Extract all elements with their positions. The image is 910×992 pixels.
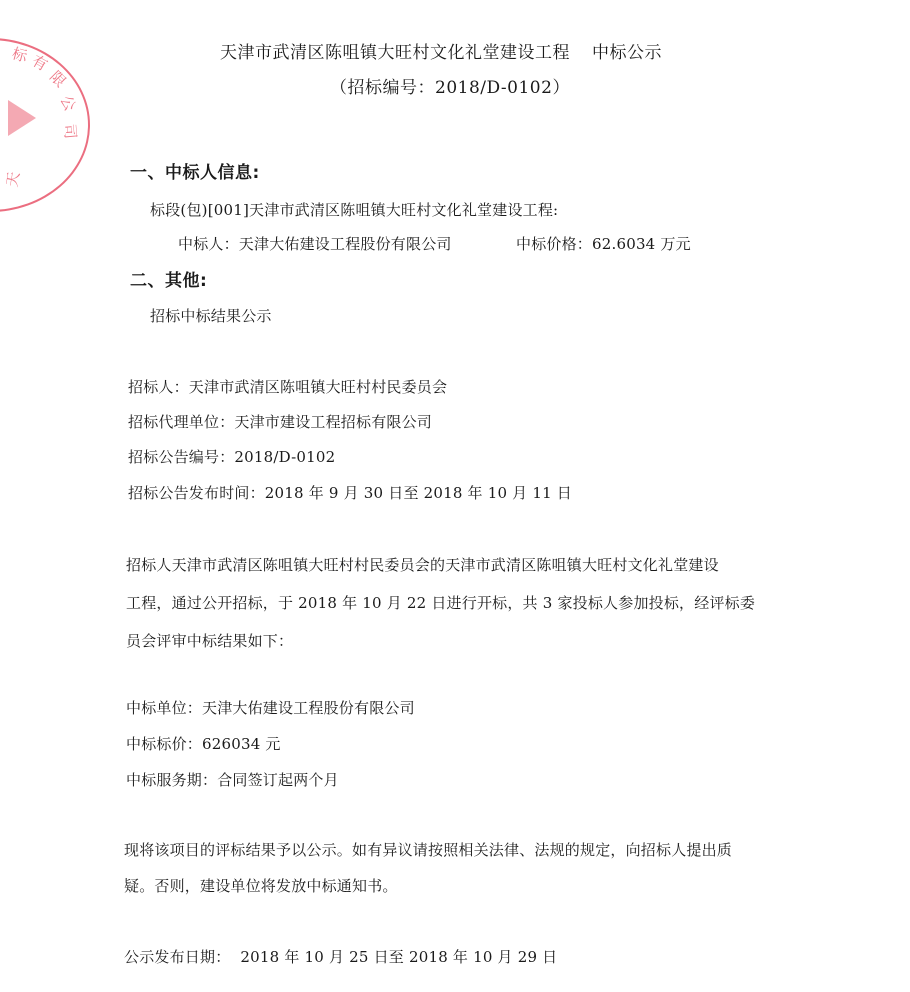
section-subtitle: 招标中标结果公示: [150, 306, 272, 326]
publish-date: 公示发布日期：2018 年 10 月 25 日至 2018 年 10 月 29 …: [124, 947, 557, 967]
service-period: 中标服务期：合同签订起两个月: [126, 770, 339, 790]
paragraph-line: 疑。否则，建设单位将发放中标通知书。: [124, 876, 398, 896]
winner-name: 中标人：天津大佑建设工程股份有限公司: [178, 234, 452, 254]
tender-agent: 招标代理单位：天津市建设工程招标有限公司: [128, 412, 432, 432]
lot-description: 标段(包)[001]天津市武清区陈咀镇大旺村文化礼堂建设工程:: [150, 200, 558, 220]
title-suffix: 中标公示: [592, 43, 662, 63]
winning-unit: 中标单位：天津大佑建设工程股份有限公司: [126, 698, 415, 718]
publish-date-value: 2018 年 10 月 25 日至 2018 年 10 月 29 日: [240, 948, 557, 966]
paragraph-line: 工程，通过公开招标，于 2018 年 10 月 22 日进行开标，共 3 家投标…: [126, 593, 755, 613]
notice-period: 招标公告发布时间：2018 年 9 月 30 日至 2018 年 10 月 11…: [128, 483, 572, 503]
paragraph-line: 现将该项目的评标结果予以公示。如有异议请按照相关法律、法规的规定，向招标人提出质: [124, 840, 732, 860]
document-page: 标 有 限 公 司 天 天津市武清区陈咀镇大旺村文化礼堂建设工程中标公示 （招标…: [0, 0, 910, 992]
seal-char: 司: [61, 123, 77, 139]
notice-number: 招标公告编号：2018/D-0102: [128, 447, 335, 467]
company-seal-star-icon: [8, 100, 36, 136]
publish-date-label: 公示发布日期：: [124, 948, 230, 966]
winning-bid-price: 中标标价：626034 元: [126, 734, 281, 754]
tenderer: 招标人：天津市武清区陈咀镇大旺村村民委员会: [128, 377, 447, 397]
section-heading-winner-info: 一、中标人信息:: [130, 162, 260, 184]
title-main: 天津市武清区陈咀镇大旺村文化礼堂建设工程: [220, 43, 570, 63]
page-title: 天津市武清区陈咀镇大旺村文化礼堂建设工程中标公示: [220, 42, 662, 64]
bid-number: （招标编号：2018/D-0102）: [330, 77, 570, 99]
paragraph-line: 员会评审中标结果如下：: [126, 631, 293, 651]
winning-price: 中标价格：62.6034 万元: [516, 234, 691, 254]
seal-char: 天: [5, 171, 22, 188]
paragraph-line: 招标人天津市武清区陈咀镇大旺村村民委员会的天津市武清区陈咀镇大旺村文化礼堂建设: [126, 555, 719, 575]
section-heading-other: 二、其他:: [130, 270, 207, 292]
